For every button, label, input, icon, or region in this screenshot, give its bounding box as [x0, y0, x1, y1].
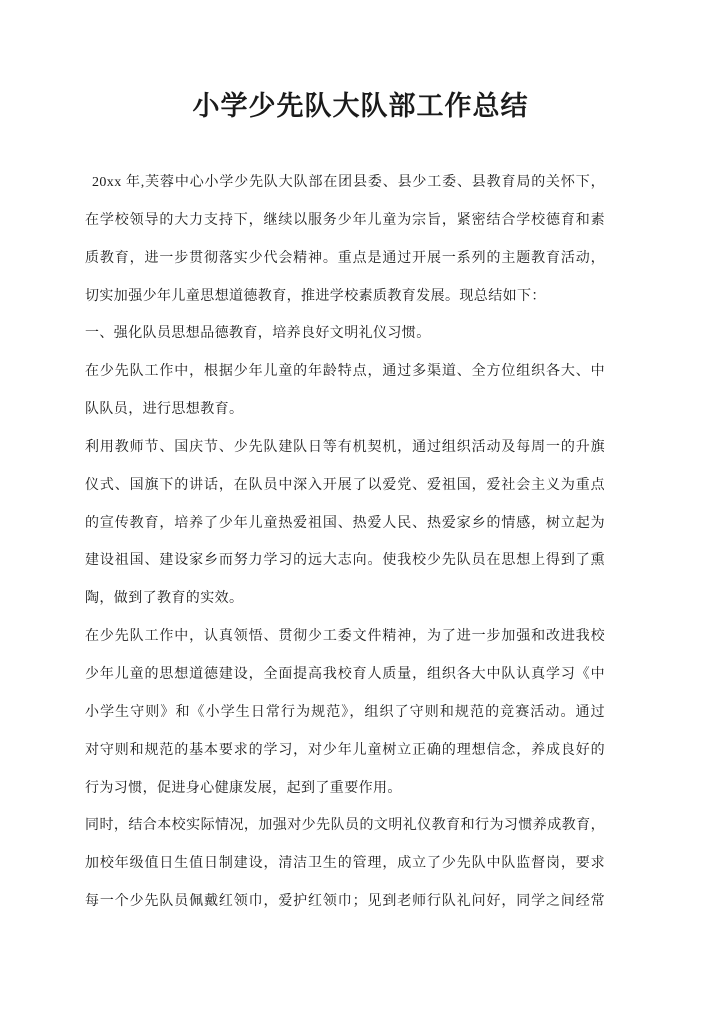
paragraph-1-line-2: 在学校领导的大力支持下，继续以服务少年儿童为宗旨，紧密结合学校德育和素 [85, 202, 605, 240]
paragraph-3-line-4: 建设祖国、建设家乡而努力学习的远大志向。使我校少先队员在思想上得到了熏 [85, 542, 605, 580]
paragraph-1-line-4: 切实加强少年儿童思想道德教育，推进学校素质教育发展。现总结如下： [85, 278, 605, 316]
paragraph-3-line-1: 利用教师节、国庆节、少先队建队日等有机契机，通过组织活动及每周一的升旗 [85, 429, 605, 467]
paragraph-5-line-3: 每一个少先队员佩戴红领巾，爱护红领巾；见到老师行队礼问好，同学之间经常 [85, 883, 605, 921]
paragraph-5-line-1: 同时，结合本校实际情况，加强对少先队员的文明礼仪教育和行为习惯养成教育， [85, 807, 605, 845]
paragraph-2-line-1: 在少先队工作中，根据少年儿童的年龄特点，通过多渠道、全方位组织各大、中 [85, 353, 605, 391]
paragraph-1-line-1: 20xx 年,芙蓉中心小学少先队大队部在团县委、县少工委、县教育局的关怀下， [85, 164, 605, 202]
paragraph-5-line-2: 加校年级值日生值日制建设，清洁卫生的管理，成立了少先队中队监督岗，要求 [85, 845, 605, 883]
document-body: 20xx 年,芙蓉中心小学少先队大队部在团县委、县少工委、县教育局的关怀下， 在… [85, 164, 605, 921]
paragraph-3-line-5: 陶，做到了教育的实效。 [85, 580, 605, 618]
paragraph-4-line-1: 在少先队工作中，认真领悟、贯彻少工委文件精神，为了进一步加强和改进我校 [85, 618, 605, 656]
paragraph-3-line-3: 的宣传教育，培养了少年儿童热爱祖国、热爱人民、热爱家乡的情感，树立起为 [85, 505, 605, 543]
section-heading-1: 一、强化队员思想品德教育，培养良好文明礼仪习惯。 [85, 315, 605, 353]
paragraph-1-line-3: 质教育，进一步贯彻落实少代会精神。重点是通过开展一系列的主题教育活动， [85, 240, 605, 278]
paragraph-4-line-2: 少年儿童的思想道德建设，全面提高我校育人质量，组织各大中队认真学习《中 [85, 656, 605, 694]
paragraph-4-line-5: 行为习惯，促进身心健康发展，起到了重要作用。 [85, 770, 605, 808]
paragraph-2-line-2: 队队员，进行思想教育。 [85, 391, 605, 429]
document-title: 小学少先队大队部工作总结 [0, 88, 721, 124]
paragraph-4-line-3: 小学生守则》和《小学生日常行为规范》，组织了守则和规范的竞赛活动。通过 [85, 694, 605, 732]
paragraph-4-line-4: 对守则和规范的基本要求的学习，对少年儿童树立正确的理想信念，养成良好的 [85, 732, 605, 770]
document-page: 小学少先队大队部工作总结 20xx 年,芙蓉中心小学少先队大队部在团县委、县少工… [0, 0, 721, 1020]
paragraph-3-line-2: 仪式、国旗下的讲话，在队员中深入开展了以爱党、爱祖国，爱社会主义为重点 [85, 467, 605, 505]
